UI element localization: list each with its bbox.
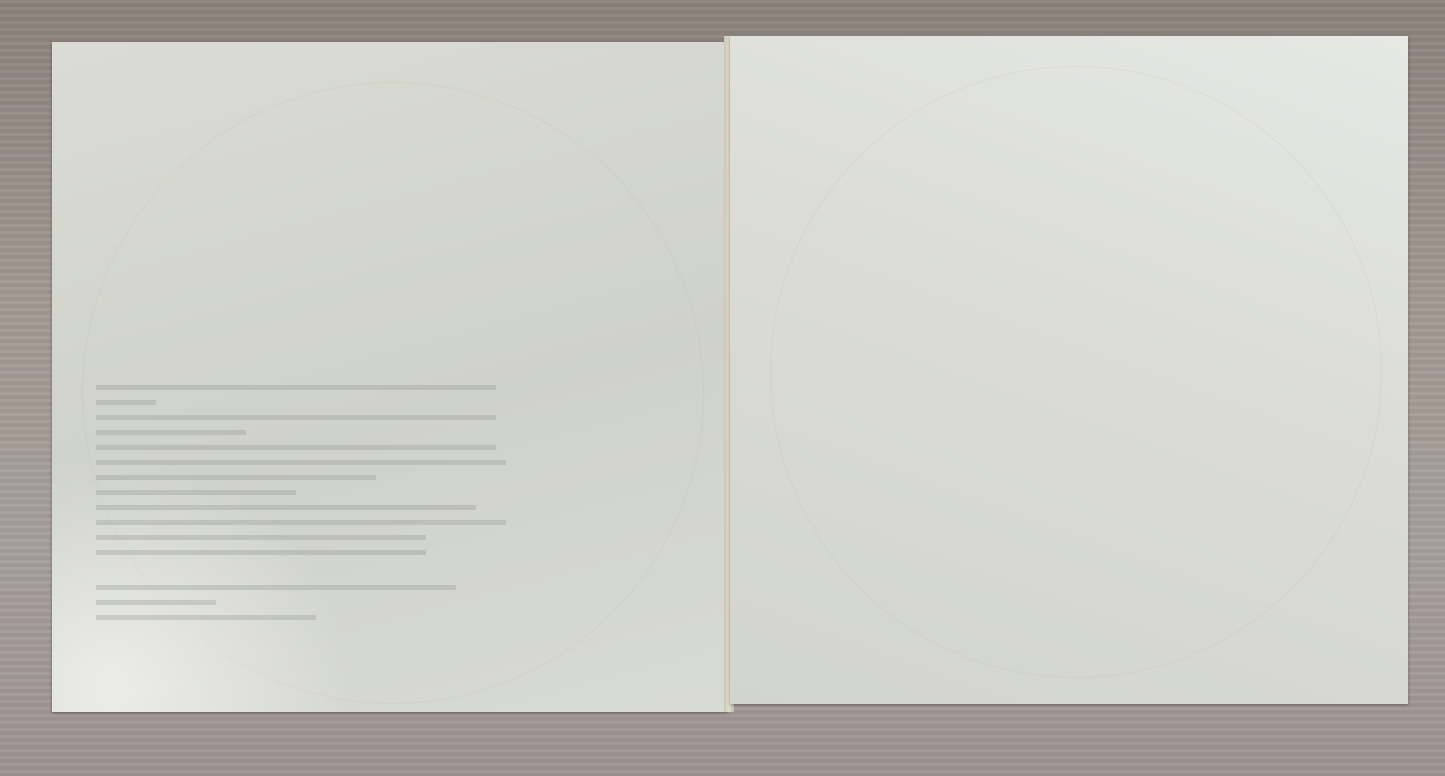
gatefold-sleeve	[52, 36, 1408, 712]
left-panel	[52, 42, 728, 712]
record-ring-wear	[770, 66, 1382, 678]
faint-credits-text	[96, 380, 516, 625]
right-panel	[730, 36, 1408, 704]
